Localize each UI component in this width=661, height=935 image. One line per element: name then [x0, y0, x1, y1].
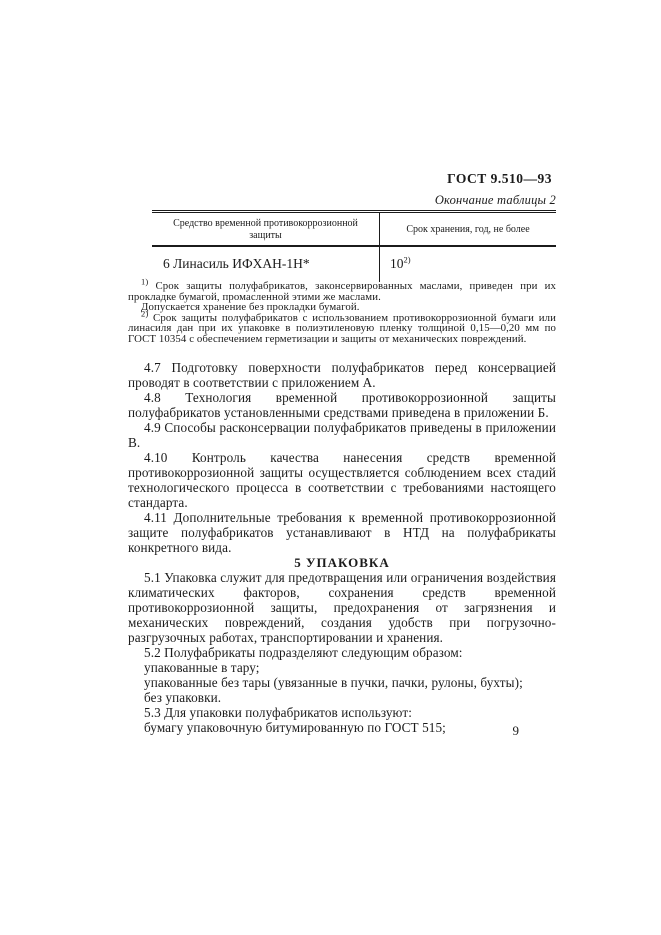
table-row: 6 Линасиль ИФХАН-1Н* 102) — [152, 247, 556, 282]
paragraph-4-9: 4.9 Способы расконсервации полуфабрикато… — [128, 420, 556, 450]
table-caption: Окончание таблицы 2 — [128, 193, 556, 208]
paragraph-4-8: 4.8 Технология временной противокоррозио… — [128, 390, 556, 420]
footnote-1-text: Срок защиты полуфабрикатов, законсервиро… — [128, 280, 556, 303]
list-item-packed-no-tare: упакованные без тары (увязанные в пучки,… — [128, 675, 556, 690]
list-item-no-packaging: без упаковки. — [128, 690, 556, 705]
standard-number: ГОСТ 9.510—93 — [128, 171, 552, 187]
term-footnote-ref: 2) — [404, 255, 411, 265]
table-header-row: Средство временной противокоррозионной з… — [152, 213, 556, 247]
section-5-heading: 5 УПАКОВКА — [128, 555, 556, 570]
footnote-1: 1) Срок защиты полуфабрикатов, законсерв… — [128, 281, 556, 302]
footnote-1-marker: 1) — [141, 276, 148, 286]
paragraph-5-2: 5.2 Полуфабрикаты подразделяют следующим… — [128, 645, 556, 660]
document-body: 4.7 Подготовку поверхности полуфабрикато… — [128, 360, 556, 735]
cell-means: 6 Линасиль ИФХАН-1Н* — [152, 247, 380, 282]
page-number: 9 — [128, 723, 519, 739]
document-page: ГОСТ 9.510—93 Окончание таблицы 2 Средст… — [0, 0, 661, 935]
footnote-2-marker: 2) — [141, 308, 148, 318]
cell-term: 102) — [380, 247, 556, 282]
footnote-2: 2) Срок защиты полуфабрикатов с использо… — [128, 313, 556, 345]
paragraph-4-7: 4.7 Подготовку поверхности полуфабрикато… — [128, 360, 556, 390]
footnote-2-text: Срок защиты полуфабрикатов с использован… — [128, 312, 556, 345]
column-header-term-label: Срок хранения, год, не более — [406, 224, 529, 236]
paragraph-5-1: 5.1 Упаковка служит для предотвращения и… — [128, 570, 556, 645]
column-header-means: Средство временной противокоррозионной з… — [152, 213, 380, 245]
paragraph-4-11: 4.11 Дополнительные требования к временн… — [128, 510, 556, 555]
paragraph-5-3: 5.3 Для упаковки полуфабрикатов использу… — [128, 705, 556, 720]
list-item-packed-tare: упакованные в тару; — [128, 660, 556, 675]
column-header-term: Срок хранения, год, не более — [380, 213, 556, 245]
paragraph-4-10: 4.10 Контроль качества нанесения средств… — [128, 450, 556, 510]
footnotes-block: 1) Срок защиты полуфабрикатов, законсерв… — [128, 281, 556, 345]
term-value: 10 — [390, 256, 404, 271]
storage-terms-table: Средство временной противокоррозионной з… — [152, 210, 556, 282]
